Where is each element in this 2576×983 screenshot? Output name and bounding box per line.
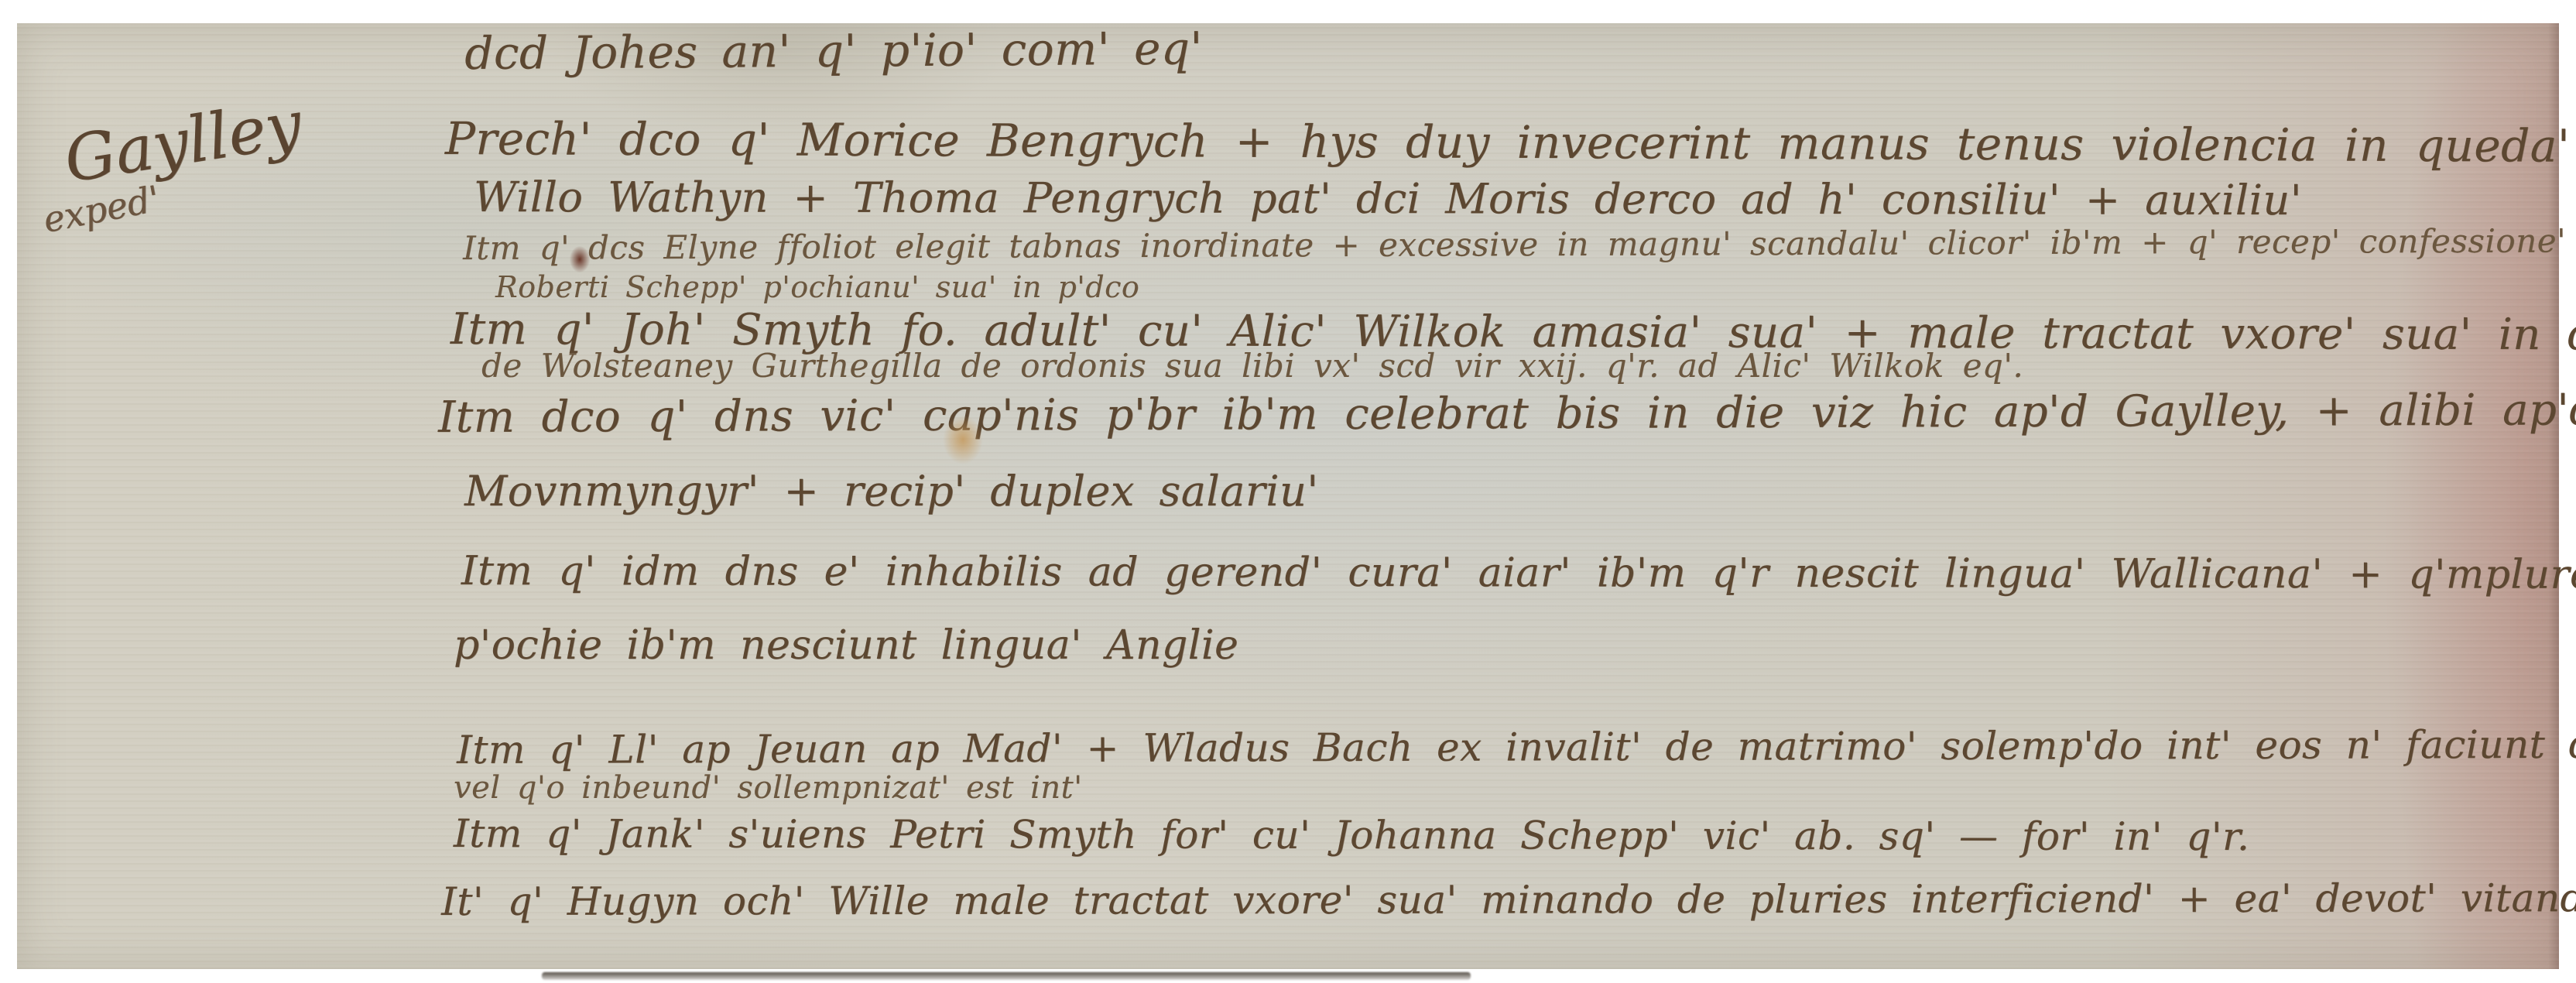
text-line-item-marriage: Itm q' Ll' ap Jeuan ap Mad' + Wladus Bac… [457, 724, 2576, 769]
text-line-item-vicar-2: Movnmyngyr' + recip' duplex salariu' [464, 471, 1319, 512]
text-line-item-hugyn: It' q' Hugyn och' Wille male tractat vxo… [441, 879, 2576, 921]
text-line-item-foliot-interlinear: Roberti Schepp' p'ochianu' sua' in p'dco [495, 272, 1139, 302]
text-line-presentment-1b: Willo Wathyn + Thoma Pengrych pat' dci M… [474, 176, 2302, 221]
text-line-presentment-1: Prech' dco q' Morice Bengrych + hys duy … [445, 116, 2576, 169]
text-line-item-marriage-interlinear: vel q'o inbeund' sollempnizat' est int' [454, 772, 1083, 803]
next-line-cutoff [542, 972, 1471, 980]
text-line-top-fragment: dcd Johes an' q' p'io' com' eq' [464, 26, 1203, 76]
text-line-item-vicar: Itm dco q' dns vic' cap'nis p'br ib'm ce… [438, 389, 2576, 440]
text-line-item-smyth-interlinear: de Wolsteaney Gurthegilla de ordonis sua… [481, 350, 2023, 382]
text-line-item-foliot: Itm q' dcs Elyne ffoliot elegit tabnas i… [463, 225, 2566, 265]
text-line-item-language: Itm q' idm dns e' inhabilis ad gerend' c… [461, 551, 2576, 595]
manuscript-photo: Gaylley exped' dcd Johes an' q' p'io' co… [0, 0, 2576, 983]
text-line-item-jankyn: Itm q' Jank' s'uiens Petri Smyth for' cu… [454, 814, 2249, 856]
text-line-item-language-2: p'ochie ib'm nesciunt lingua' Anglie [454, 625, 1238, 666]
